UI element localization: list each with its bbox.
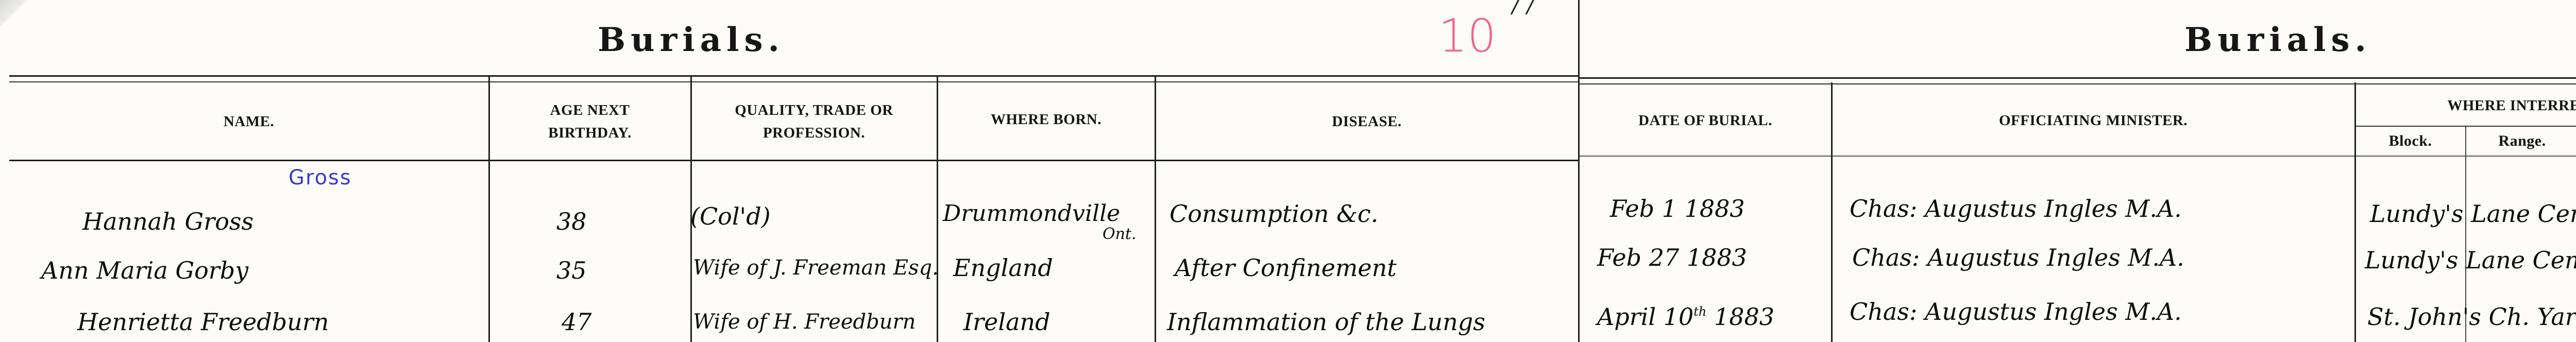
cell-disease: After Confinement bbox=[1175, 252, 1397, 283]
pencil-tick-mark: / / bbox=[1512, 0, 1535, 18]
cell-disease: Inflammation of the Lungs bbox=[1167, 306, 1485, 337]
header-bottom-rule bbox=[1579, 156, 2576, 157]
cell-disease: Consumption &c. bbox=[1170, 198, 1378, 229]
right-page bbox=[1579, 0, 2576, 342]
cell-quality: (Col'd) bbox=[690, 201, 771, 232]
cell-minister: Chas: Augustus Ingles M.A. bbox=[1852, 242, 2184, 273]
column-header-where-born: WHERE BORN. bbox=[938, 83, 1155, 156]
cell-where-born: England bbox=[953, 252, 1053, 283]
subheader-range: Range. bbox=[2466, 127, 2576, 156]
header-top-rule bbox=[1579, 77, 2576, 79]
column-header-quality: QUALITY, TRADE ORPROFESSION. bbox=[691, 83, 937, 160]
left-page bbox=[0, 0, 1579, 342]
folio-mark-left: 10 bbox=[1438, 9, 1496, 62]
cell-where-born-note: Ont. bbox=[1103, 219, 1137, 250]
name-correction-annotation: Gross bbox=[289, 166, 352, 190]
cell-quality: Wife of J. Freeman Esq. bbox=[693, 252, 939, 283]
header-top-rule bbox=[9, 81, 1578, 82]
cell-name: Hannah Gross bbox=[82, 206, 253, 237]
page-gutter-divider bbox=[1578, 0, 1580, 342]
cell-age: 35 bbox=[556, 255, 587, 286]
cell-minister: Chas: Augustus Ingles M.A. bbox=[1850, 296, 2182, 327]
cell-name: Ann Maria Gorby bbox=[41, 255, 248, 286]
column-header-date: DATE OF BURIAL. bbox=[1580, 85, 1831, 156]
subheader-block: Block. bbox=[2355, 127, 2465, 156]
column-header-minister: OFFICIATING MINISTER. bbox=[1832, 85, 2354, 156]
cell-name: Henrietta Freedburn bbox=[77, 306, 329, 337]
cell-date: April 10th 1883 bbox=[1597, 296, 1774, 332]
cell-quality: Wife of H. Freedburn bbox=[693, 306, 916, 337]
cell-minister: Chas: Augustus Ingles M.A. bbox=[1850, 193, 2182, 224]
cell-where-interred: St. John's Ch. Yard bbox=[2367, 301, 2576, 332]
header-top-rule bbox=[9, 75, 1578, 77]
column-header-name: NAME. bbox=[9, 83, 488, 160]
page-corner-shadow bbox=[0, 0, 31, 26]
column-header-age: AGE NEXTBIRTHDAY. bbox=[489, 83, 690, 160]
cell-where-interred: Lundy's Lane Cemetery. bbox=[2370, 198, 2576, 229]
left-page-title: Burials. bbox=[598, 21, 785, 59]
cell-date: Feb 27 1883 bbox=[1597, 242, 1747, 273]
cell-age: 38 bbox=[556, 206, 587, 237]
header-top-rule bbox=[1579, 83, 2576, 84]
cell-date: Feb 1 1883 bbox=[1610, 193, 1745, 224]
column-header-where-interred: WHERE INTERRED. bbox=[2355, 85, 2576, 126]
header-bottom-rule bbox=[9, 160, 1578, 161]
cell-where-interred: Lundy's Lane Cemetery bbox=[2365, 245, 2576, 276]
right-page-title: Burials. bbox=[2184, 21, 2371, 59]
cell-age: 47 bbox=[562, 306, 592, 337]
cell-where-born: Drummondville bbox=[943, 198, 1120, 229]
column-header-disease: DISEASE. bbox=[1156, 83, 1578, 160]
cell-where-born: Ireland bbox=[963, 306, 1050, 337]
